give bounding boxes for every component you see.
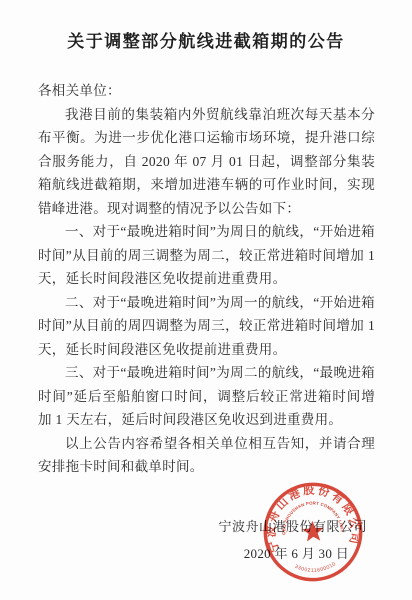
page-title: 关于调整部分航线进截箱期的公告 [0,0,412,52]
paragraph-item-3: 三、对于“最晚进箱时间”为周二的航线，“最晚进箱时间”延后至船舶窗口时间，调整后… [38,361,375,432]
paragraph-intro: 我港目前的集装箱内外贸航线靠泊班次每天基本分布平衡。为进一步优化港口运输市场环境… [38,103,375,221]
salutation: 各相关单位： [38,79,375,103]
document-body: 各相关单位： 我港目前的集装箱内外贸航线靠泊班次每天基本分布平衡。为进一步优化港… [38,79,375,566]
signature-block: 宁波舟山港股份有限公司 2020 年 6 月 30 日 [38,515,375,566]
signature-company: 宁波舟山港股份有限公司 [38,515,375,539]
paragraph-item-1: 一、对于“最晚进箱时间”为周日的航线，“开始进箱时间”从目前的周三调整为周二，较… [38,220,375,291]
signature-date: 2020 年 6 月 30 日 [38,542,375,566]
announcement-document: 关于调整部分航线进截箱期的公告 各相关单位： 我港目前的集装箱内外贸航线靠泊班次… [0,0,412,600]
paragraph-closing: 以上公告内容希望各相关单位相互告知，并请合理安排拖卡时间和截单时间。 [38,432,375,479]
paragraph-item-2: 二、对于“最晚进箱时间”为周一的航线，“开始进箱时间”从目前的周四调整为周三，较… [38,291,375,362]
